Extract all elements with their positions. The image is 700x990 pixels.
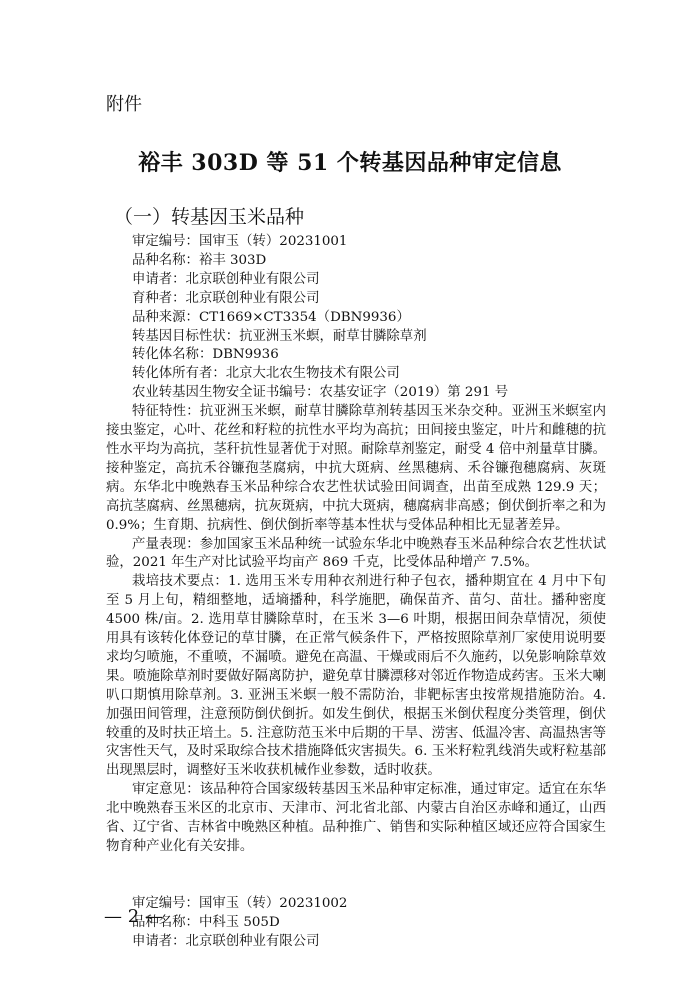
field-transformant-owner: 转化体所有者：北京大北农生物技术有限公司: [106, 365, 606, 384]
field-approval-number: 审定编号：国审玉（转）20231002: [106, 895, 606, 914]
field-safety-certificate: 农业转基因生物安全证书编号：农基安证字（2019）第 291 号: [106, 384, 606, 403]
field-variety-source: 品种来源：CT1669×CT3354（DBN9936）: [106, 309, 606, 328]
field-applicant: 申请者：北京联创种业有限公司: [106, 933, 606, 952]
entry-20231002: 审定编号：国审玉（转）20231002 品种名称：中科玉 505D 申请者：北京…: [106, 895, 606, 952]
field-approval-number: 审定编号：国审玉（转）20231001: [106, 233, 606, 252]
document-title: 裕丰 303D 等 51 个转基因品种审定信息: [0, 146, 700, 177]
paragraph-approval-opinion: 审定意见：该品种符合国家级转基因玉米品种审定标准，通过审定。适宜在东华北中晚熟春…: [106, 781, 606, 857]
field-target-traits: 转基因目标性状：抗亚洲玉米螟，耐草甘膦除草剂: [106, 328, 606, 347]
paragraph-yield: 产量表现：参加国家玉米品种统一试验东华北中晚熟春玉米品种综合农艺性状试验，202…: [106, 536, 606, 574]
paragraph-cultivation: 栽培技术要点：1. 选用玉米专用种衣剂进行种子包衣，播种期宜在 4 月中下旬至 …: [106, 573, 606, 781]
paragraph-characteristics: 特征特性：抗亚洲玉米螟，耐草甘膦除草剂转基因玉米杂交种。亚洲玉米螟室内接虫鉴定，…: [106, 403, 606, 535]
field-breeder: 育种者：北京联创种业有限公司: [106, 290, 606, 309]
field-transformant-name: 转化体名称：DBN9936: [106, 346, 606, 365]
field-variety-name: 品种名称：裕丰 303D: [106, 252, 606, 271]
field-variety-name: 品种名称：中科玉 505D: [106, 914, 606, 933]
page-number: — 2 —: [104, 906, 163, 927]
entry-separator: [106, 857, 606, 895]
section-heading: （一）转基因玉米品种: [114, 202, 304, 229]
entry-20231001: 审定编号：国审玉（转）20231001 品种名称：裕丰 303D 申请者：北京联…: [106, 233, 606, 857]
document-body: 审定编号：国审玉（转）20231001 品种名称：裕丰 303D 申请者：北京联…: [106, 233, 606, 952]
field-applicant: 申请者：北京联创种业有限公司: [106, 271, 606, 290]
attachment-label: 附件: [106, 90, 142, 116]
